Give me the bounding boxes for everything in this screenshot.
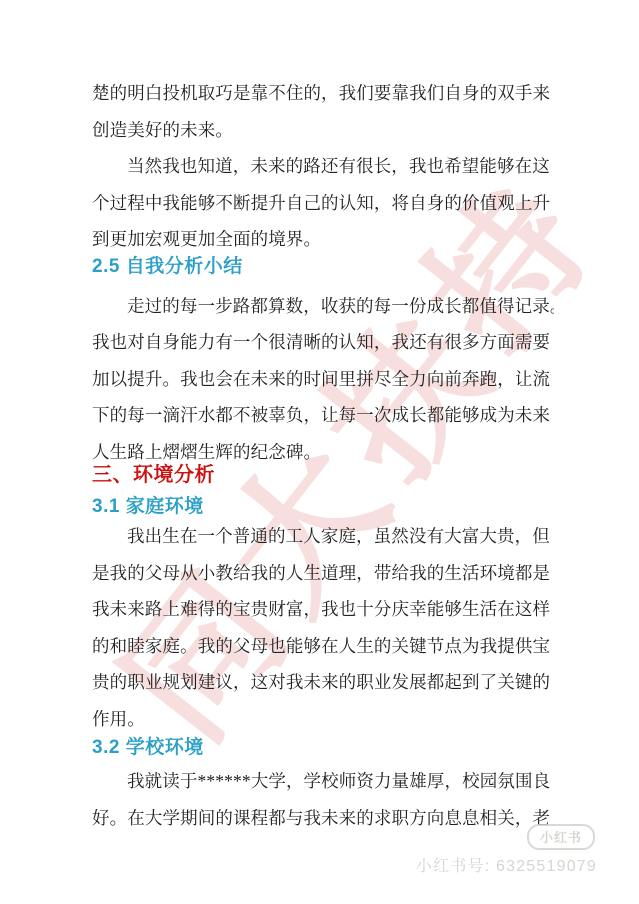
text-line: 我未来路上难得的宝贵财富，我也十分庆幸能够生活在这样 [92,591,554,628]
text-line: 是我的父母从小教给我的人生道理，带给我的生活环境都是 [92,555,554,592]
text-line: 创造美好的未来。 [92,112,554,149]
text-line: 我就读于******大学，学校师资力量雄厚，校园氛围良 [92,763,554,800]
text-line: 个过程中我能够不断提升自己的认知，将自身的价值观上升 [92,185,554,222]
text-line: 楚的明白投机取巧是靠不住的，我们要靠我们自身的双手来 [92,75,554,112]
text-line: 当然我也知道，未来的路还有很长，我也希望能够在这 [92,148,554,185]
text-line: 的和睦家庭。我的父母也能够在人生的关键节点为我提供宝 [92,628,554,665]
heading-3-2-school-environment: 3.2 学校环境 [92,733,554,763]
text-line: 我也对自身能力有一个很清晰的认知，我还有很多方面需要 [92,324,554,361]
paragraph: 当然我也知道，未来的路还有很长，我也希望能够在这个过程中我能够不断提升自己的认知… [92,148,554,258]
text-line: 走过的每一步路都算数，收获的每一份成长都值得记录。 [92,288,554,325]
xiaohongshu-watermark: 小红书 小红书号: 6325519079 [416,824,597,876]
heading-3-environment-analysis: 三、环境分析 [92,460,554,490]
paragraph: 楚的明白投机取巧是靠不住的，我们要靠我们自身的双手来创造美好的未来。 [92,75,554,148]
paragraph: 我出生在一个普通的工人家庭，虽然没有大富大贵，但是我的父母从小教给我的人生道理，… [92,518,554,737]
text-line: 加以提升。我也会在未来的时间里拼尽全力向前奔跑，让流 [92,361,554,398]
xiaohongshu-logo-badge: 小红书 [527,824,595,850]
heading-2-5-self-analysis-summary: 2.5 自我分析小结 [92,252,554,282]
text-line: 作用。 [92,701,554,738]
text-line: 下的每一滴汗水都不被辜负，让每一次成长都能够成为未来 [92,397,554,434]
body-text: 楚的明白投机取巧是靠不住的，我们要靠我们自身的双手来创造美好的未来。 当然我也知… [92,75,554,836]
document-page: 同大扶持 楚的明白投机取巧是靠不住的，我们要靠我们自身的双手来创造美好的未来。 … [0,0,639,904]
paragraph: 走过的每一步路都算数，收获的每一份成长都值得记录。我也对自身能力有一个很清晰的认… [92,288,554,471]
text-line: 贵的职业规划建议，这对我未来的职业发展都起到了关键的 [92,664,554,701]
text-line: 我出生在一个普通的工人家庭，虽然没有大富大贵，但 [92,518,554,555]
xiaohongshu-id-watermark: 小红书号: 6325519079 [416,853,597,876]
